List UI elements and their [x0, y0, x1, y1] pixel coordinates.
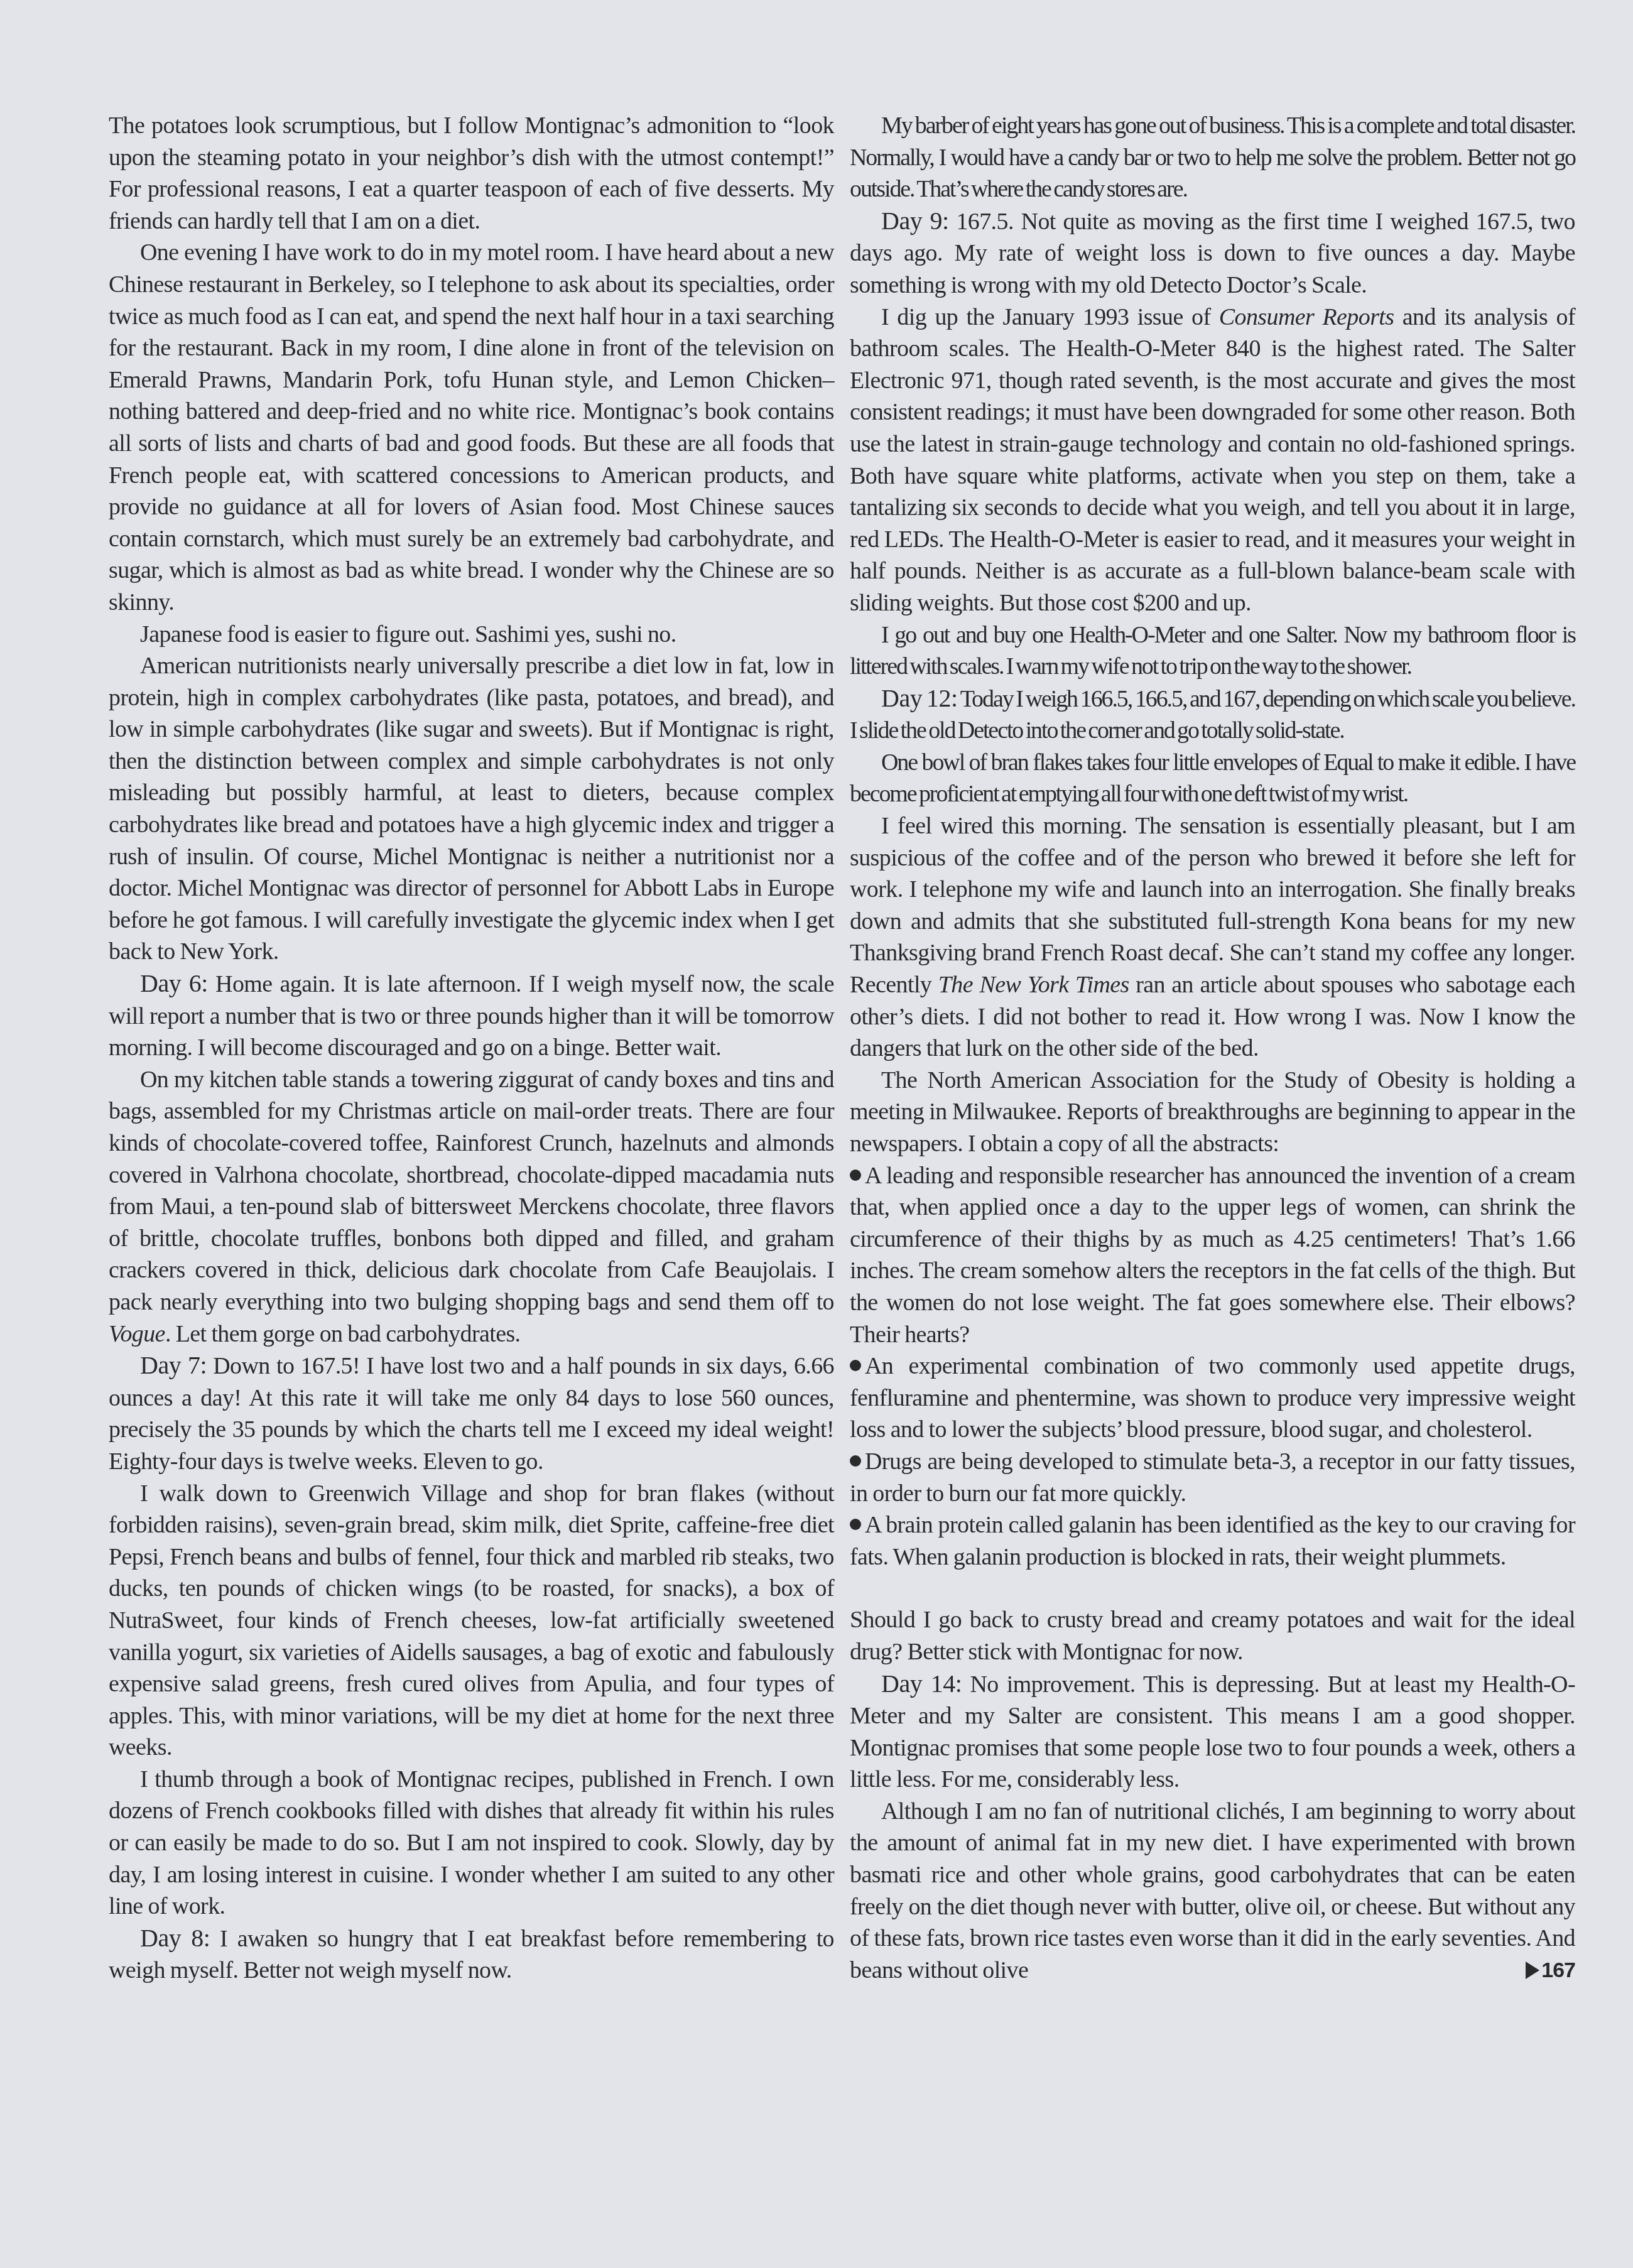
paragraph: On my kitchen table stands a towering zi… [109, 1064, 834, 1350]
text-segment: I feel wired this morning. The sensation… [850, 813, 1575, 998]
text-segment: and its analysis of bathroom scales. The… [850, 304, 1575, 616]
paragraph: I dig up the January 1993 issue of Consu… [850, 301, 1575, 619]
paragraph: Japanese food is easier to figure out. S… [109, 619, 834, 651]
bullet-item: A leading and responsible researcher has… [850, 1160, 1575, 1351]
day-label: Day 7: [140, 1351, 207, 1379]
paragraph: I feel wired this morning. The sensation… [850, 810, 1575, 1065]
paragraph: American nutritionists nearly universall… [109, 650, 834, 968]
day-label: Day 14: [881, 1669, 962, 1698]
diary-entry-day-14: Day 14: No improvement. This is depressi… [850, 1668, 1575, 1796]
entry-text: Today I weigh 166.5, 166.5, and 167, dep… [850, 686, 1575, 744]
continued-page-number: 167 [1541, 1958, 1575, 1982]
play-arrow-icon [1526, 1961, 1539, 1979]
diary-entry-day-8: Day 8: I awaken so hungry that I eat bre… [109, 1923, 834, 1987]
paragraph: I go out and buy one Health-O-Meter and … [850, 619, 1575, 683]
continued-on-page[interactable]: 167 [1494, 1955, 1575, 1987]
bullet-item: A brain protein called galanin has been … [850, 1509, 1575, 1573]
day-label: Day 9: [881, 207, 949, 235]
right-column: My barber of eight years has gone out of… [850, 110, 1575, 1986]
entry-text: 167.5. Not quite as moving as the first … [850, 209, 1575, 298]
diary-entry-day-12: Day 12: Today I weigh 166.5, 166.5, and … [850, 683, 1575, 747]
bullet-item: Drugs are being developed to stimulate b… [850, 1446, 1575, 1509]
text-segment: On my kitchen table stands a towering zi… [109, 1066, 834, 1315]
diary-entry-day-7: Day 7: Down to 167.5! I have lost two an… [109, 1350, 834, 1477]
bullet-text: Drugs are being developed to stimulate b… [850, 1448, 1575, 1507]
entry-text: I awaken so hungry that I eat breakfast … [109, 1926, 834, 1984]
bullet-text: An experimental combination of two commo… [850, 1353, 1575, 1443]
left-column: The potatoes look scrumptious, but I fol… [109, 110, 834, 1987]
magazine-page: The potatoes look scrumptious, but I fol… [0, 0, 1633, 2268]
text-segment: Although I am no fan of nutritional clic… [850, 1798, 1575, 1983]
publication-title: Consumer Reports [1219, 304, 1394, 330]
entry-text: Down to 167.5! I have lost two and a hal… [109, 1353, 834, 1475]
bullet-text: A leading and responsible researcher has… [850, 1163, 1575, 1348]
paragraph: I walk down to Greenwich Village and sho… [109, 1478, 834, 1764]
day-label: Day 8: [140, 1924, 210, 1952]
publication-title: The New York Times [938, 972, 1129, 998]
paragraph: One bowl of bran flakes takes four littl… [850, 747, 1575, 810]
bullet-icon [850, 1360, 861, 1371]
bullet-item: An experimental combination of two commo… [850, 1350, 1575, 1446]
day-label: Day 12: [881, 684, 958, 712]
text-segment: I dig up the January 1993 issue of [881, 304, 1219, 330]
paragraph: I thumb through a book of Montignac reci… [109, 1764, 834, 1923]
text-segment: . Let them gorge on bad carbohydrates. [165, 1321, 521, 1347]
paragraph: Should I go back to crusty bread and cre… [850, 1604, 1575, 1668]
paragraph: One evening I have work to do in my mote… [109, 237, 834, 618]
paragraph: The potatoes look scrumptious, but I fol… [109, 110, 834, 237]
bullet-icon [850, 1169, 861, 1181]
bullet-icon [850, 1455, 861, 1467]
paragraph: The North American Association for the S… [850, 1065, 1575, 1160]
publication-title: Vogue [109, 1321, 165, 1347]
entry-text: Home again. It is late afternoon. If I w… [109, 971, 834, 1061]
bullet-text: A brain protein called galanin has been … [850, 1512, 1575, 1570]
paragraph: My barber of eight years has gone out of… [850, 110, 1575, 205]
bullet-icon [850, 1519, 861, 1530]
day-label: Day 6: [140, 969, 208, 997]
diary-entry-day-9: Day 9: 167.5. Not quite as moving as the… [850, 205, 1575, 301]
diary-entry-day-6: Day 6: Home again. It is late afternoon.… [109, 968, 834, 1064]
paragraph: Although I am no fan of nutritional clic… [850, 1796, 1575, 1987]
